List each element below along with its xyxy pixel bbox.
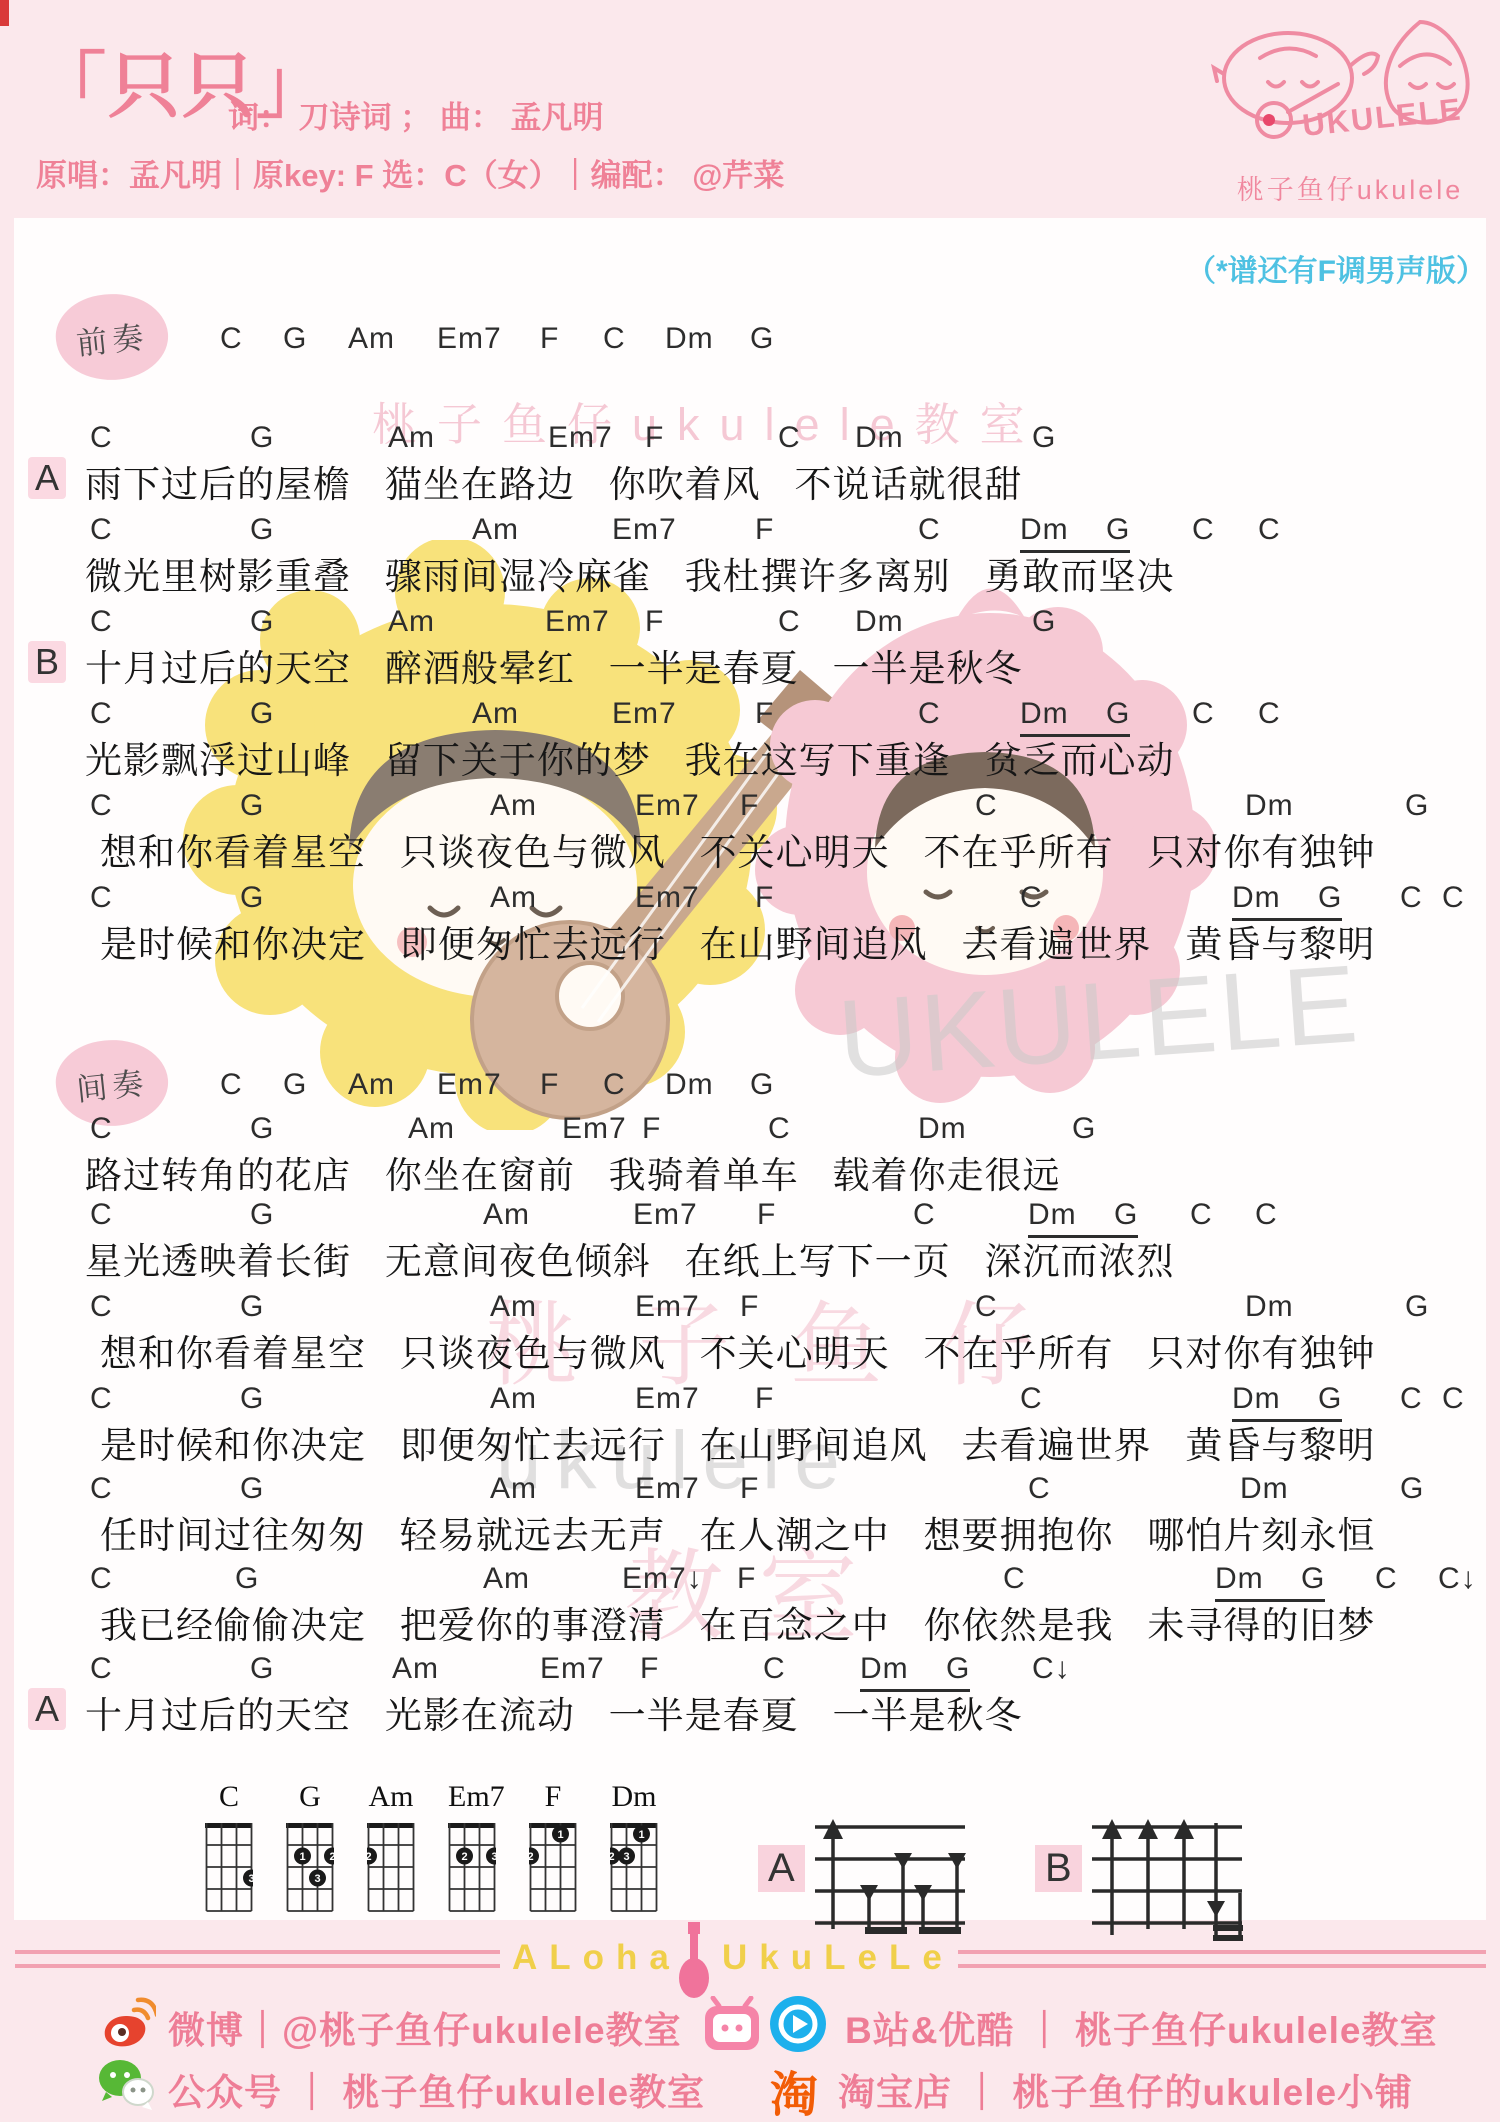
strum-pattern-b-diagram [1092,1815,1250,1947]
chord-label: C [1400,881,1423,915]
chord-label: Am [472,513,519,547]
lyric-line: 十月过后的天空 醉酒般晕红 一半是春夏 一半是秋冬 [85,638,1023,692]
wechat-link-text[interactable]: 公众号 ｜ 桃子鱼仔ukulele教室 [168,2062,705,2116]
chord-label: C [1020,881,1043,915]
chord-label: G [240,881,264,915]
verse-marker: B [28,641,66,683]
chord-label: F [642,1112,661,1146]
chord-label: C [1190,1198,1213,1232]
chord-label: G [250,605,274,639]
strum-pattern-b-label: B [1035,1845,1082,1892]
svg-text:2: 2 [610,1851,615,1863]
chord-diagram-label: C [205,1780,253,1814]
aloha-text-left: ALoha [512,1938,681,1978]
chord-label: Am [348,322,395,356]
chord-label: C [90,513,113,547]
chord-label: G [250,697,274,731]
divider-line [958,1950,1486,1954]
chord-diagram-label: G [286,1780,334,1814]
chord-label: G [750,322,774,356]
youku-icon [768,1994,828,2054]
lyric-line: 微光里树影重叠 骤雨间湿冷麻雀 我杜撰许多离别 勇敢而坚决 [85,546,1175,600]
chord-label: C [975,1290,998,1324]
chord-label: Em7↓ [622,1562,703,1596]
divider-line [15,1950,500,1954]
chord-label: G [1405,789,1429,823]
chord-label: Em7 [437,322,502,356]
chord-label: F [755,697,774,731]
chord-label: G [283,322,307,356]
chord-label: Dm [1245,789,1294,823]
chord-label: C [1442,881,1465,915]
chord-label: C [90,1382,113,1416]
chord-label: Dm [918,1112,967,1146]
chord-label: C [975,789,998,823]
chord-label: C [1020,1382,1043,1416]
wechat-icon [96,2054,156,2112]
chord-label: C [90,1472,113,1506]
chord-label: Am [483,1198,530,1232]
chord-label: F [740,1290,759,1324]
weibo-link-text[interactable]: 微博｜@桃子鱼仔ukulele教室 [168,2000,682,2054]
chord-label: C [1258,513,1281,547]
chord-sheet-page: 桃子鱼仔ukulele教室 UKULELE 桃子鱼仔 ukulele 教室 「只… [0,0,1500,2122]
chord-label: G [235,1562,259,1596]
strum-pattern-a-diagram [815,1815,973,1943]
svg-text:2: 2 [367,1851,372,1863]
song-line: CGAmEm7FCDmG任时间过往匆匆 轻易就远去无声 在人潮之中 想要拥抱你 … [0,1472,1500,1562]
chord-label: Dm [1240,1472,1289,1506]
chord-diagram-Dm: Dm231 [610,1780,658,1920]
chord-label: F [540,322,559,356]
bilibili-youku-link-text[interactable]: B站&优酷 ｜ 桃子鱼仔ukulele教室 [845,2000,1438,2054]
svg-text:3: 3 [491,1851,496,1863]
chord-label: C [1258,697,1281,731]
svg-text:3: 3 [623,1851,629,1863]
chord-label: G [283,1068,307,1102]
chord-label: Em7 [548,421,613,455]
chord-label: Em7 [545,605,610,639]
lyric-line: 雨下过后的屋檐 猫坐在路边 你吹着风 不说话就很甜 [85,454,1023,508]
svg-text:3: 3 [314,1873,320,1885]
song-line: CGAmEm7FCDm GCC星光透映着长街 无意间夜色倾斜 在纸上写下一页 深… [0,1198,1500,1288]
svg-text:1: 1 [299,1851,305,1863]
chord-label: Em7 [635,1290,700,1324]
chord-label: C [220,322,243,356]
song-line: CGAmEm7FCDmGA雨下过后的屋檐 猫坐在路边 你吹着风 不说话就很甜 [0,421,1500,511]
chord-label: Em7 [612,697,677,731]
chord-label: Am [490,789,537,823]
song-line: CGAmEm7FCDmGB十月过后的天空 醉酒般晕红 一半是春夏 一半是秋冬 [0,605,1500,695]
weibo-icon [98,1994,156,2052]
chord-label: Dm [665,322,714,356]
chord-diagram-C: C3 [205,1780,253,1920]
chord-label: C [918,513,941,547]
chord-diagram-panel: C3G123Am2Em723F12Dm231 [205,1780,691,1920]
chord-label: Am [472,697,519,731]
chord-label: C [1442,1382,1465,1416]
chord-label: C [1003,1562,1026,1596]
lyric-line: 我已经偷偷决定 把爱你的事澄清 在百念之中 你依然是我 未寻得的旧梦 [100,1595,1375,1649]
verse-marker: A [28,457,66,499]
chord-label: G [1032,421,1056,455]
chord-label: C [913,1198,936,1232]
lyric-line: 光影飘浮过山峰 留下关于你的梦 我在这写下重逢 贫乏而心动 [85,730,1175,784]
chord-label: C [90,1562,113,1596]
chord-diagram-Em7: Em723 [448,1780,496,1920]
song-line: CGAmEm7FCDm GC↓A十月过后的天空 光影在流动 一半是春夏 一半是秋… [0,1652,1500,1742]
chord-label: Am [483,1562,530,1596]
song-line: CGAmEm7FCDmG想和你看着星空 只谈夜色与微风 不关心明天 不在乎所有 … [0,789,1500,879]
chord-label: Am [408,1112,455,1146]
chord-label: C [90,1112,113,1146]
chord-label: Am [490,1290,537,1324]
chord-diagram-label: Dm [610,1780,658,1814]
chord-label: Am [348,1068,395,1102]
chord-label: C [90,697,113,731]
chord-label: F [737,1562,756,1596]
chord-label: G [250,421,274,455]
chord-label: Em7 [612,513,677,547]
chord-label: F [755,881,774,915]
chord-label: Em7 [562,1112,627,1146]
chord-label: Am [490,1382,537,1416]
svg-text:2: 2 [329,1851,334,1863]
svg-text:2: 2 [461,1851,467,1863]
chord-label: C [90,789,113,823]
chord-label: Dm [855,421,904,455]
chord-label: Em7 [540,1652,605,1686]
chord-label: C [1028,1472,1051,1506]
chord-label: C↓ [1032,1652,1071,1686]
song-line: 前奏CGAmEm7FCDmG [0,322,1500,412]
chord-label: F [740,1472,759,1506]
chord-label: F [757,1198,776,1232]
chord-label: C [763,1652,786,1686]
chord-diagram-Am: Am2 [367,1780,415,1920]
song-line: CGAmEm7↓FCDm GCC↓我已经偷偷决定 把爱你的事澄清 在百念之中 你… [0,1562,1500,1652]
chord-label: G [1032,605,1056,639]
chord-label: Am [388,605,435,639]
chord-label: F [645,421,664,455]
chord-label: G [250,1198,274,1232]
chord-label: C [90,1290,113,1324]
strum-pattern-a-label: A [758,1845,805,1892]
chord-label: G [250,1652,274,1686]
chord-label: C [1400,1382,1423,1416]
lyric-line: 十月过后的天空 光影在流动 一半是春夏 一半是秋冬 [85,1685,1023,1739]
lyric-line: 任时间过往匆匆 轻易就远去无声 在人潮之中 想要拥抱你 哪怕片刻永恒 [100,1505,1375,1559]
song-line: CGAmEm7FCDmG路过转角的花店 你坐在窗前 我骑着单车 载着你走很远 [0,1112,1500,1202]
chord-label: Dm [665,1068,714,1102]
chord-label: F [755,1382,774,1416]
chord-label: C [90,881,113,915]
svg-text:2: 2 [529,1851,534,1863]
chord-label: G [240,1472,264,1506]
ukulele-divider-icon [672,1920,714,2002]
chord-label: C [603,1068,626,1102]
svg-text:3: 3 [248,1873,253,1885]
chord-label: G [1072,1112,1096,1146]
chord-label: C [603,322,626,356]
song-line: CGAmEm7FCDm GCC光影飘浮过山峰 留下关于你的梦 我在这写下重逢 贫… [0,697,1500,787]
chord-diagram-label: Em7 [448,1780,496,1814]
chord-label: Am [490,881,537,915]
chord-diagram-F: F12 [529,1780,577,1920]
chord-label: Am [388,421,435,455]
chord-label: G [240,789,264,823]
chord-diagram-G: G123 [286,1780,334,1920]
chord-label: C [1375,1562,1398,1596]
svg-text:1: 1 [638,1829,644,1841]
chord-label: C [918,697,941,731]
chord-label: G [1400,1472,1424,1506]
chord-label: G [250,1112,274,1146]
song-line: CGAmEm7FCDmG想和你看着星空 只谈夜色与微风 不关心明天 不在乎所有 … [0,1290,1500,1380]
taobao-icon: 淘 [770,2056,818,2122]
svg-text:1: 1 [557,1829,563,1841]
aloha-text-right: UkuLeLe [722,1938,954,1978]
bilibili-icon [703,1996,761,2052]
chord-label: Em7 [635,1472,700,1506]
chord-label: F [640,1652,659,1686]
lyric-line: 路过转角的花店 你坐在窗前 我骑着单车 载着你走很远 [85,1145,1061,1199]
chord-label: C [1255,1198,1278,1232]
lyric-line: 想和你看着星空 只谈夜色与微风 不关心明天 不在乎所有 只对你有独钟 [100,822,1375,876]
chord-label: F [645,605,664,639]
chord-label: Am [490,1472,537,1506]
chord-label: C↓ [1438,1562,1477,1596]
chord-label: C [220,1068,243,1102]
chord-label: Dm [1245,1290,1294,1324]
chord-label: C [1192,697,1215,731]
section-badge: 前奏 [52,288,172,385]
chord-label: G [250,513,274,547]
chord-label: C [1192,513,1215,547]
divider-line [958,1964,1486,1968]
chord-label: F [540,1068,559,1102]
chord-label: G [1405,1290,1429,1324]
chord-label: Em7 [635,789,700,823]
lyric-line: 星光透映着长街 无意间夜色倾斜 在纸上写下一页 深沉而浓烈 [85,1231,1175,1285]
verse-marker: A [28,1688,66,1730]
chord-label: C [90,605,113,639]
chord-label: F [755,513,774,547]
chord-label: Dm [855,605,904,639]
chord-diagram-label: F [529,1780,577,1814]
chord-label: Em7 [635,881,700,915]
chord-label: C [90,1652,113,1686]
chord-label: C [778,605,801,639]
chord-label: G [750,1068,774,1102]
chord-diagram-label: Am [367,1780,415,1814]
chord-label: C [90,421,113,455]
lyric-line: 是时候和你决定 即便匆忙去远行 在山野间追风 去看遍世界 黄昏与黎明 [100,1415,1375,1469]
chord-label: F [740,789,759,823]
chord-label: G [240,1382,264,1416]
divider-line [15,1964,500,1968]
chord-label: G [240,1290,264,1324]
chord-label: Em7 [635,1382,700,1416]
chord-label: C [768,1112,791,1146]
song-line: CGAmEm7FCDm GCC是时候和你决定 即便匆忙去远行 在山野间追风 去看… [0,881,1500,971]
lyric-line: 是时候和你决定 即便匆忙去远行 在山野间追风 去看遍世界 黄昏与黎明 [100,914,1375,968]
song-line: CGAmEm7FCDm GCC微光里树影重叠 骤雨间湿冷麻雀 我杜撰许多离别 勇… [0,513,1500,603]
chord-label: Em7 [633,1198,698,1232]
taobao-link-text[interactable]: 淘宝店 ｜ 桃子鱼仔的ukulele小铺 [838,2062,1413,2116]
chord-label: C [90,1198,113,1232]
song-line: CGAmEm7FCDm GCC是时候和你决定 即便匆忙去远行 在山野间追风 去看… [0,1382,1500,1472]
lyric-line: 想和你看着星空 只谈夜色与微风 不关心明天 不在乎所有 只对你有独钟 [100,1323,1375,1377]
chord-label: C [778,421,801,455]
chord-label: Em7 [437,1068,502,1102]
chord-label: Am [392,1652,439,1686]
